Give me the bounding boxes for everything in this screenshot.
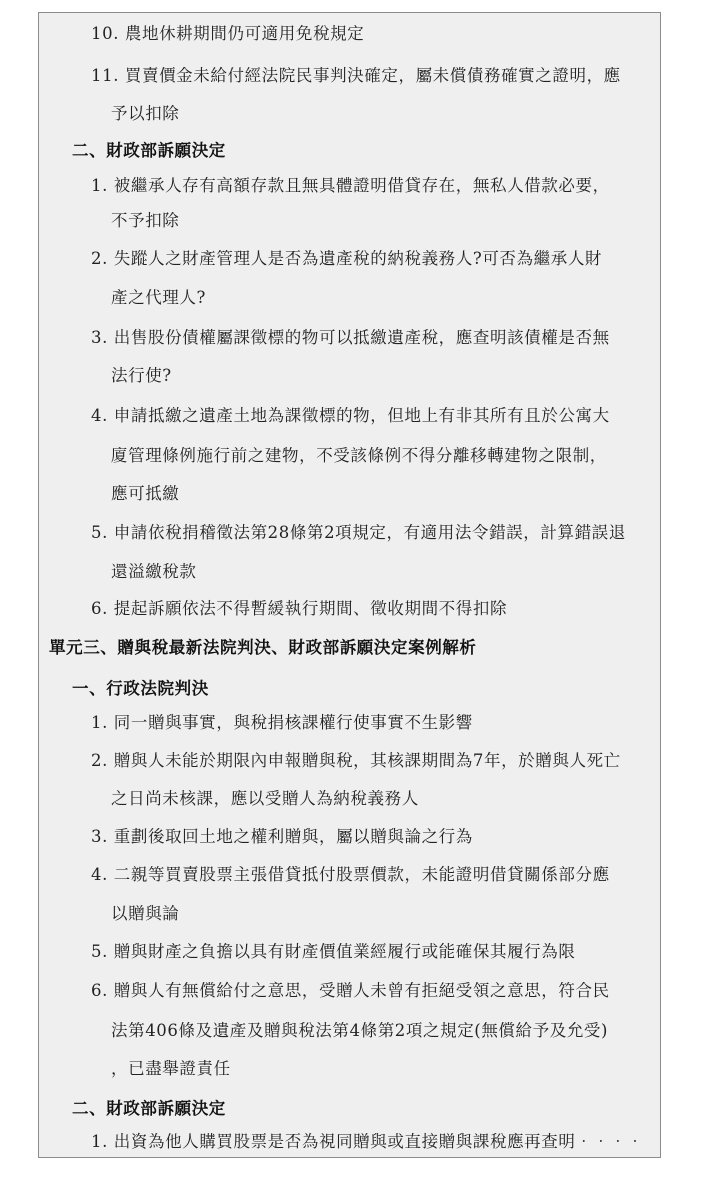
list-item: 2. 失蹤人之財產管理人是否為遺產稅的納稅義務人?可否為繼承人財 [91,249,602,269]
list-item: 2. 贈與人未能於期限內申報贈與稅，其核課期間為7年，於贈與人死亡 [91,751,621,771]
section-heading: 二、財政部訴願決定 [72,141,226,161]
list-item: 1. 出資為他人購買股票是否為視同贈與或直接贈與課稅應再查明‧‧‧‧ [91,1132,644,1152]
list-item: 5. 申請依稅捐稽徵法第28條第2項規定，有適用法令錯誤，計算錯誤退 [91,523,626,543]
list-item: 3. 出售股份債權屬課徵標的物可以抵繳遺產稅，應查明該債權是否無 [91,328,610,348]
list-item: 11. 買賣價金未給付經法院民事判決確定，屬未償債務確實之證明，應 [91,66,621,86]
list-item-continuation: 之日尚未核課，應以受贈人為納稅義務人 [111,789,419,809]
list-item-continuation: 予以扣除 [111,104,179,124]
list-item-continuation: 不予扣除 [111,211,179,231]
list-item: 1. 被繼承人存有高額存款且無具體證明借貸存在，無私人借款必要， [91,176,610,196]
list-item: 10. 農地休耕期間仍可適用免稅規定 [91,24,364,44]
list-item-continuation: 產之代理人? [111,288,206,308]
section-heading: 二、財政部訴願決定 [72,1099,226,1119]
list-item: 6. 提起訴願依法不得暫緩執行期間、徵收期間不得扣除 [91,599,507,619]
list-item-continuation: 應可抵繳 [111,484,179,504]
list-item-continuation: 廈管理條例施行前之建物，不受該條例不得分離移轉建物之限制， [111,446,607,466]
list-item: 1. 同一贈與事實，與稅捐核課權行使事實不生影響 [91,713,473,733]
list-item: 3. 重劃後取回土地之權利贈與，屬以贈與論之行為 [91,827,473,847]
list-item: 4. 二親等買賣股票主張借貸抵付股票價款，未能證明借貸關係部分應 [91,865,610,885]
list-item-continuation: 法第406條及遺產及贈與稅法第4條第2項之規定(無償給予及允受) [111,1021,608,1041]
list-item: 4. 申請抵繳之遺產土地為課徵標的物，但地上有非其所有且於公寓大 [91,406,610,426]
list-item-continuation: 還溢繳稅款 [111,562,197,582]
section-heading: 一、行政法院判決 [72,679,209,699]
document-page: 10. 農地休耕期間仍可適用免稅規定 11. 買賣價金未給付經法院民事判決確定，… [38,12,661,1158]
list-item-continuation: 以贈與論 [111,904,179,924]
list-item-continuation: 法行使? [111,366,172,386]
unit-heading: 單元三、贈與稅最新法院判決、財政部訴願決定案例解析 [49,638,477,658]
list-item: 6. 贈與人有無償給付之意思，受贈人未曾有拒絕受領之意思，符合民 [91,981,610,1001]
list-item-continuation: ，已盡舉證責任 [111,1059,231,1079]
list-item: 5. 贈與財產之負擔以具有財產價值業經履行或能確保其履行為限 [91,942,576,962]
